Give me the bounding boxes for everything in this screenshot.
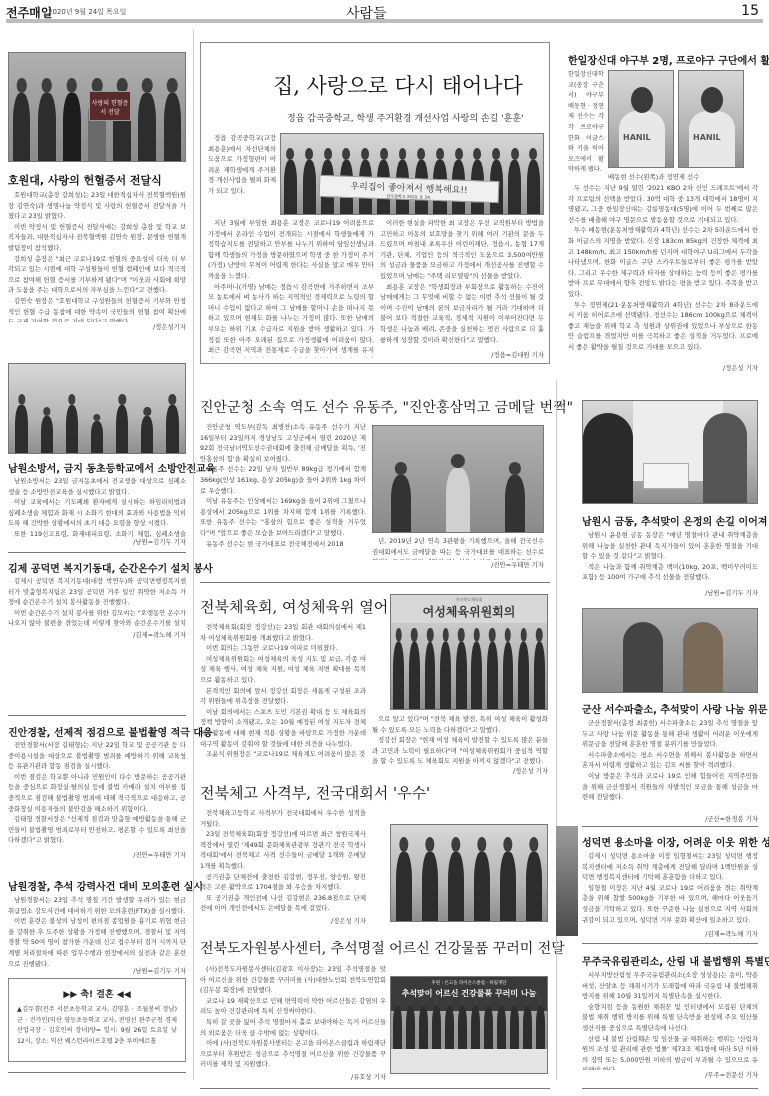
howon-headline: 호원대, 사랑의 헌혈증서 전달식 xyxy=(8,172,162,188)
howon-byline: /정은성기자 xyxy=(8,322,186,331)
divider xyxy=(200,582,550,583)
seongdeok-headline: 성덕면 용소마을 이장, 어려운 이웃 위한 성금 기탁 xyxy=(582,834,769,849)
jinan-police-byline: /진안=우태만 기자 xyxy=(8,850,186,859)
house-body-left: 지난 3월에 부임한 최용훈 교장은 코로나19 어려움으로 가정에서 온라인 … xyxy=(208,218,374,358)
geumdong-headline: 남원시 금동, 추석맞이 온정의 손길 이어져 xyxy=(582,513,767,528)
namwon-fire-headline: 남원소방서, 금지 동초등학교에서 소방안전교육 xyxy=(8,460,215,475)
gimje-welfare-body: 김제시 공덕면 복지기동대(대장 박연두)와 공덕면행정복지센터가 맞춤형복지팀… xyxy=(8,576,186,630)
shooting-byline: /정은성 기자 xyxy=(200,916,366,925)
weightlift-body-left: 진안군청 역도부(감독 최병찬)소속 유동주 선수가 지난 16일부터 23일까… xyxy=(200,422,366,552)
divider xyxy=(582,943,758,944)
baseball-photo-caption: 배동현 선수(왼쪽)과 정연제 선수 xyxy=(608,172,699,181)
gunsan-headline: 군산 서수파출소, 추석맞이 사랑 나눔 위문 활동 xyxy=(582,701,769,716)
volunteer-byline: /유호상 기자 xyxy=(200,1072,386,1081)
muju-headline: 무주국유림관리소, 산림 내 불법행위 특별단속 xyxy=(582,953,769,968)
house-subheadline: 정읍 감곡중학교, 학생 주거환경 개선사업 사랑의 손길 '훈훈' xyxy=(287,111,524,124)
divider xyxy=(200,1088,550,1089)
divider xyxy=(8,1072,186,1073)
jinan-police-body: 진안경찰서(서장 김태형)는 지난 22일 학교 및 공공기관 등 다중이용시설… xyxy=(8,740,186,848)
women-sports-photo: 전라북도체육회 여성체육위원회의 xyxy=(390,594,548,710)
baseball-body-narrow: 한일장신대학교(총장 구춘서) 야구부 배동현 · 정연제 선수는 각각 프로야… xyxy=(568,70,604,174)
namwon-police-byline: /남원=김기두 기자 xyxy=(8,966,186,975)
geumdong-body: 남원시 윤용현 금동 동장은 "매년 명절마다 관내 취약계층을 위해 나눔을 … xyxy=(582,530,758,588)
seongdeok-body: 김제시 성덕면 용소마을 이장 임형철씨는 23일 성덕면 행정복지센터에 저소… xyxy=(582,851,758,929)
howon-body: 호원대학교(총장 강희성)는 23일 대한적십자사 전북혈액원(원장 김연숙)과… xyxy=(8,190,186,322)
volunteer-body: (사)전북도자원봉사센터(김광호 이사장)는 23일 추석명절을 맞아 어르신을… xyxy=(200,964,386,1072)
howon-photo: 사랑의 헌혈증서 전달 xyxy=(8,52,186,162)
divider xyxy=(8,715,186,716)
house-byline: /정읍=김대원 기자 xyxy=(380,350,544,359)
player-photo-right: HANIL xyxy=(678,70,744,168)
baseball-headline: 한일장신대 야구부 2명, 프로야구 구단에서 활약 xyxy=(568,52,769,67)
weightlift-body-right: 년, 2019년 2년 연속 3관왕을 기록했으며, 올해 전국선수권대회에서도… xyxy=(372,536,544,560)
weightlift-headline: 진안군청 소속 역도 선수 유동주, "진안홍삼먹고 금메달 번쩍" xyxy=(200,397,573,417)
shooting-headline: 전북체고 사격부, 전국대회서 '우수' xyxy=(200,782,430,803)
issue-date: 2020년 9월 24일 목요일 xyxy=(48,7,126,17)
house-photo: 우리집이 좋아져서 행복해요!! 감곡중학교 2020. 9. 24. xyxy=(280,133,544,215)
seongdeok-byline: /김제=곽노해 기자 xyxy=(582,929,758,938)
column-divider xyxy=(556,380,557,1080)
wedding-title: ▶▶ 축! 결혼 ◀◀ xyxy=(9,987,185,1000)
namwon-police-body: 남원경찰서는 23일 추석 명절 기간 발생할 우려가 있는 현금취급업소 강도… xyxy=(8,895,186,967)
baseball-body: 두 선수는 지난 9월 열린 '2021 KBO 2차 신인 드래프트'에서 각… xyxy=(568,183,758,363)
gunsan-byline: /군산=한경봉 기자 xyxy=(582,814,758,823)
namwon-fire-byline: /남원=김기두 기자 xyxy=(8,537,186,546)
masthead-divider xyxy=(6,19,763,23)
namwon-police-headline: 남원경찰, 추석 강력사건 대비 모의훈련 실시 xyxy=(8,878,203,893)
page-number: 15 xyxy=(741,3,759,19)
shooting-photo xyxy=(390,824,548,922)
namwon-fire-photo xyxy=(8,363,186,454)
house-headline: 집, 사랑으로 다시 태어나다 xyxy=(273,70,523,100)
women-sports-headline: 전북체육회, 여성체육위 열어 xyxy=(200,596,388,617)
gimje-welfare-byline: /김제=곽노해 기자 xyxy=(8,630,186,639)
gift-box xyxy=(643,463,689,489)
divider xyxy=(582,826,758,827)
seongdeok-photo xyxy=(556,826,578,936)
geumdong-byline: /남원=김기두 기자 xyxy=(582,588,758,597)
volunteer-photo: 후원 : 온고을 라이온스클럽 · 하림재단 추석맞이 어르신 건강물품 꾸러미… xyxy=(390,976,548,1074)
jinan-police-headline: 진안경찰, 선제적 점검으로 불법촬영 적극 대응 xyxy=(8,724,213,739)
weightlift-byline: /진안=우태만 기자 xyxy=(372,560,544,569)
blood-donation-sign: 사랑의 헌혈증서 전달 xyxy=(89,91,131,121)
divider xyxy=(8,552,186,553)
women-sports-body-right: 으로 알고 있다"며 "전북 체육 발전, 특히 여성 체육이 활성화될 수 있… xyxy=(372,714,548,766)
gunsan-photo xyxy=(582,608,758,693)
gift-boxes xyxy=(391,1049,547,1073)
namwon-fire-body: 남원소방서는 23일 금지동초에서 전교생을 대상으로 심폐소생술 등 소방안전… xyxy=(8,476,186,538)
player-photo-left: HANIL xyxy=(608,70,674,168)
wedding-body: ▲김두겸(전주 서문초등학교 교사, 김영훈 · 조월봉씨 장남)군 · 진가인… xyxy=(17,1005,177,1059)
house-body-intro: 정읍 감곡중학교(교장 최용훈)에서 자선단체의 도움으로 가정형편이 어려운 … xyxy=(208,133,276,213)
muju-body: 서부지방산림청 무주국유림관리소(소장 성상용)는 송이, 약용버섯, 산양초 … xyxy=(582,970,758,1070)
gunsan-body: 군산경찰서(총경 최종헌) 서수파출소는 23일 추석 명절을 앞두고 사랑 나… xyxy=(582,718,758,814)
column-divider xyxy=(193,30,194,1080)
weightlift-photo xyxy=(372,425,544,533)
geumdong-photo xyxy=(582,400,758,504)
wedding-announcement-box: ▶▶ 축! 결혼 ◀◀ ▲김두겸(전주 서문초등학교 교사, 김영훈 · 조월봉… xyxy=(8,978,186,1062)
women-sports-body-left: 전북체육회(회장 정강선)는 23일 회관 대회의실에서 제1차 여성체육위원회… xyxy=(200,622,366,762)
women-sports-byline: /정은성 기자 xyxy=(372,766,548,775)
shooting-body: 전북체육고등학교 사격부가 전국대회에서 우수한 성적을 거뒀다. 23일 전북… xyxy=(200,808,366,916)
volunteer-headline: 전북도자원봉사센터, 추석명절 어르신 건강물품 꾸러미 전달 xyxy=(200,938,565,958)
baseball-byline: /정은성 기자 xyxy=(568,363,758,372)
gimje-welfare-headline: 김제 공덕면 복지기동대, 순간온수기 설치 봉사 xyxy=(8,560,213,575)
muju-byline: /무주=전문선 기자 xyxy=(582,1070,758,1079)
house-body-right: 이러한 현실을 파악한 최 교장은 우선 교직원부터 방법을 고민하고 아동의 … xyxy=(380,218,544,348)
divider xyxy=(582,1088,758,1089)
